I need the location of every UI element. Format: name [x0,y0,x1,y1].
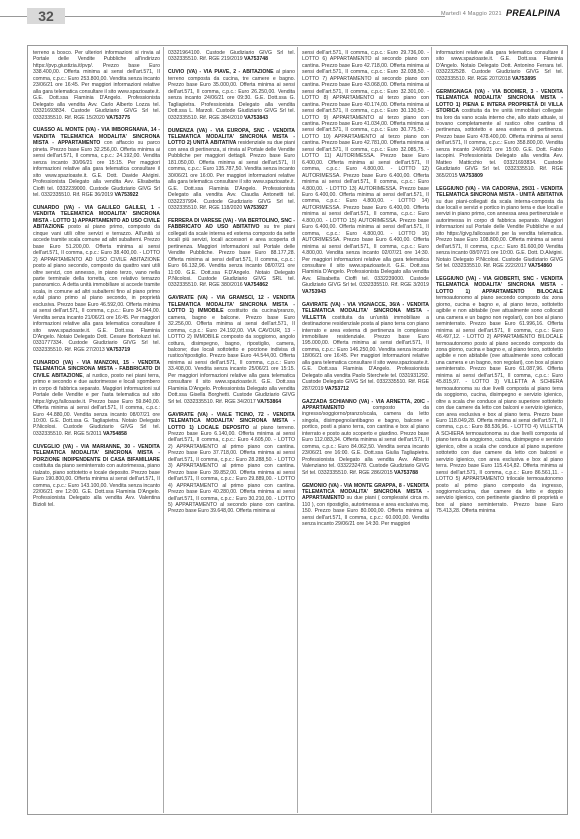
notice-code: VA754862 [244,282,268,288]
column-3: sensi dell'art.571, II comma, c.p.c.: Eu… [302,50,429,534]
auction-notice: 03321964100. Custode Giudiziario GIVG Sr… [168,50,295,63]
auction-notice: informazioni relative alla gara telemati… [436,50,563,82]
notice-code: VA753748 [244,56,268,62]
notice-code: VA753922 [114,192,138,198]
auction-notice: GAVIRATE (VA) - VIA VIGNACCE, 36/A - VEN… [302,302,429,392]
notice-code: VA753719 [106,347,130,353]
page-header: 32 Martedì 4 Maggio 2021 PREALPINA [0,0,580,26]
header-rule [65,16,445,17]
column-divider [431,47,432,813]
auction-notice: CUASSO AL MONTE (VA) - VIA IMBORGNANA, 1… [33,127,160,198]
header-rule [0,16,27,17]
auction-notice: terreno a bosco. Per ulteriori informazi… [33,50,160,121]
column-4: informazioni relative alla gara telemati… [436,50,563,521]
notice-code: VA754860 [528,263,552,269]
auction-notice: GAVIRATE (VA) - VIALE TICINO, 72 - VENDI… [168,412,295,515]
auction-notice: CUNARDO (VA) - VIA MANZONI, 15 - VENDITA… [33,360,160,437]
notice-code: VA753927 [244,205,268,211]
column-2: 03321964100. Custode Giudiziario GIVG Sr… [168,50,295,521]
notice-code: VA753864 [257,399,281,405]
auction-notice: CUVIO (VA) - VIA PIAVE, 2 - ABITAZIONE a… [168,69,295,121]
auction-notice: DUMENZA (VA) - VIA EUROPA, SNC - VENDITA… [168,128,295,212]
auction-notice: CUNARDO (VA) - VIA GALILEO GALILEI, 1 - … [33,205,160,353]
auction-notice: GAVIRATE (VA) - VIA GRAMSCI, 12 - VENDIT… [168,295,295,405]
notice-code: VA753943 [302,289,326,295]
notice-code: VA753809 [459,173,483,179]
auction-notice: sensi dell'art.571, II comma, c.p.c.: Eu… [302,50,429,295]
auction-notice: GAZZADA SCHIANNO (VA) - VIA ARNETTA, 20/… [302,399,429,476]
notice-code: VA753712 [325,386,349,392]
issue-date: Martedì 4 Maggio 2021 [441,11,502,17]
notice-code: VA753775 [106,115,130,121]
auction-notice: LEGGIUNO (VA) - VIA CADORNA, 29/31 - VEN… [436,186,563,270]
column-divider [163,47,164,813]
auction-notice: CUVEGLIO (VA) - VIA MARIANNE, 30 - VENDI… [33,444,160,509]
notice-code: VA753788 [394,470,418,476]
auction-notice: FERRERA DI VARESE (VA) - VIA BERTOLINO, … [168,218,295,289]
newspaper-logo: PREALPINA [506,8,561,18]
notice-code: VA753843 [244,115,268,121]
auction-notice: GERMIGNAGA (VA) - VIA BODMER, 3 - VENDIT… [436,89,563,179]
column-divider [297,47,298,813]
auction-notice: GEMONIO (VA) - VIA MONTE GRAPPA, 8 - VEN… [302,483,429,528]
notice-code: VA754858 [103,431,127,437]
column-1: terreno a bosco. Per ulteriori informazi… [33,50,160,515]
notice-code: VA753895 [512,76,536,82]
auction-notice: LEGGIUNO (VA) - VIA GIOBERTI, SNC - VEND… [436,276,563,515]
page-number: 32 [27,8,65,24]
